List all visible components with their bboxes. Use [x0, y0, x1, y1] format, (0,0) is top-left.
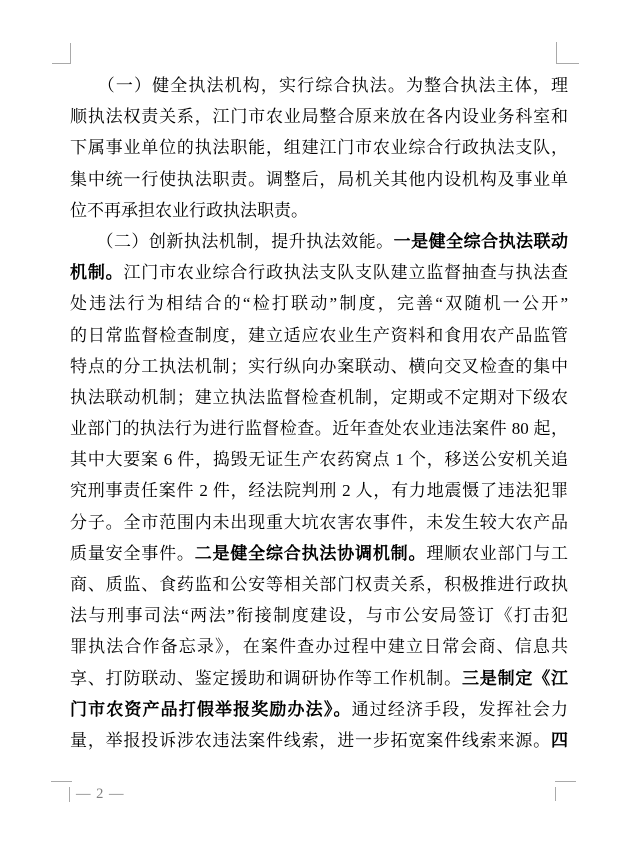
- text-line: 业部门的执法行为进行监督检查。近年查处农业违法案件 80 起，: [70, 413, 568, 444]
- crop-mark-bottom-left-horizontal: [51, 781, 72, 782]
- text-run: 江门市农业综合行政执法支队支队建立监督抽查与执法查: [123, 263, 568, 282]
- text-run: 商、质监、食药监和公安等相关部门权责关系，积极推进行政执: [70, 575, 568, 594]
- text-line: 量，举报投诉涉农违法案件线索，进一步拓宽案件线索来源。四: [70, 725, 568, 756]
- text-line: 集中统一行使执法职责。调整后，局机关其他内设机构及事业单: [70, 164, 568, 195]
- bold-text-run: 门市农资产品打假举报奖励办法》。: [70, 700, 352, 719]
- crop-mark-bottom-right-horizontal: [555, 781, 576, 782]
- text-run: 享、打防联动、鉴定援助和调研协作等工作机制。: [70, 669, 462, 688]
- text-run: 质量安全事件。: [70, 544, 195, 563]
- text-line: 机制。江门市农业综合行政执法支队支队建立监督抽查与执法查: [70, 257, 568, 288]
- text-line: 罪执法合作备忘录》，在案件查办过程中建立日常会商、信息共: [70, 631, 568, 662]
- text-line: （一）健全执法机构，实行综合执法。为整合执法主体，理: [70, 70, 568, 101]
- text-line: 究刑事责任案件 2 件，经法院判刑 2 人，有力地震慑了违法犯罪: [70, 475, 568, 506]
- crop-mark-bottom-right-vertical: [555, 787, 556, 801]
- text-line: 位不再承担农业行政执法职责。: [70, 195, 568, 226]
- text-run: 的日常监督检查制度，建立适应农业生产资料和食用农产品监管: [70, 326, 568, 345]
- crop-mark-bottom-left-vertical: [69, 787, 70, 802]
- text-line: （二）创新执法机制，提升执法效能。一是健全综合执法联动: [70, 226, 568, 257]
- text-run: 位不再承担农业行政执法职责。: [70, 201, 308, 220]
- text-run: 执法联动机制；建立执法监督检查机制，定期或不定期对下级农: [70, 388, 568, 407]
- text-line: 执法联动机制；建立执法监督检查机制，定期或不定期对下级农: [70, 382, 568, 413]
- bold-text-run: 一是健全综合执法联动: [394, 232, 568, 251]
- text-line: 享、打防联动、鉴定援助和调研协作等工作机制。三是制定《江: [70, 663, 568, 694]
- bold-text-run: 二是健全综合执法协调机制。: [195, 544, 427, 563]
- crop-mark-top-left: [52, 43, 71, 64]
- crop-mark-top-right: [556, 42, 579, 64]
- text-line: 特点的分工执法机制；实行纵向办案联动、横向交叉检查的集中: [70, 351, 568, 382]
- text-run: 法与刑事司法“两法”衔接制度建设，与市公安局签订《打击犯: [70, 606, 568, 625]
- text-run: 下属事业单位的执法职能，组建江门市农业综合行政执法支队，: [70, 138, 568, 157]
- text-line: 商、质监、食药监和公安等相关部门权责关系，积极推进行政执: [70, 569, 568, 600]
- bold-text-run: 机制。: [70, 263, 123, 282]
- text-line: 质量安全事件。二是健全综合执法协调机制。理顺农业部门与工: [70, 538, 568, 569]
- text-line: 处违法行为相结合的“检打联动”制度，完善“双随机一公开”: [70, 288, 568, 319]
- text-line: 下属事业单位的执法职能，组建江门市农业综合行政执法支队，: [70, 132, 568, 163]
- bold-text-run: 三是制定《江: [462, 669, 568, 688]
- document-page: { "page": { "background_color": "#ffffff…: [0, 0, 625, 858]
- text-run: 其中大要案 6 件，捣毁无证生产农药窝点 1 个，移送公安机关追: [70, 450, 568, 469]
- text-run: 特点的分工执法机制；实行纵向办案联动、横向交叉检查的集中: [70, 357, 568, 376]
- text-line: 的日常监督检查制度，建立适应农业生产资料和食用农产品监管: [70, 320, 568, 351]
- page-number: — 2 —: [76, 785, 125, 803]
- text-run: 顺执法权责关系，江门市农业局整合原来放在各内设业务科室和: [70, 107, 568, 126]
- text-line: 顺执法权责关系，江门市农业局整合原来放在各内设业务科室和: [70, 101, 568, 132]
- text-run: 通过经济手段，发挥社会力: [352, 700, 568, 719]
- text-run: 集中统一行使执法职责。调整后，局机关其他内设机构及事业单: [70, 170, 568, 189]
- bold-text-run: 四: [551, 731, 568, 750]
- text-run: 罪执法合作备忘录》，在案件查办过程中建立日常会商、信息共: [70, 637, 568, 656]
- text-run: （二）创新执法机制，提升执法效能。: [70, 232, 394, 251]
- text-line: 门市农资产品打假举报奖励办法》。通过经济手段，发挥社会力: [70, 694, 568, 725]
- text-line: 分子。全市范围内未出现重大坑农害农事件，未发生较大农产品: [70, 507, 568, 538]
- text-line: 法与刑事司法“两法”衔接制度建设，与市公安局签订《打击犯: [70, 600, 568, 631]
- text-run: 处违法行为相结合的“检打联动”制度，完善“双随机一公开”: [70, 294, 568, 313]
- text-run: 究刑事责任案件 2 件，经法院判刑 2 人，有力地震慑了违法犯罪: [70, 481, 568, 500]
- document-lines: （一）健全执法机构，实行综合执法。为整合执法主体，理顺执法权责关系，江门市农业局…: [70, 70, 568, 756]
- text-run: 分子。全市范围内未出现重大坑农害农事件，未发生较大农产品: [70, 513, 568, 532]
- text-run: 业部门的执法行为进行监督检查。近年查处农业违法案件 80 起，: [70, 419, 568, 438]
- text-line: 其中大要案 6 件，捣毁无证生产农药窝点 1 个，移送公安机关追: [70, 444, 568, 475]
- text-run: （一）健全执法机构，实行综合执法。为整合执法主体，理: [70, 76, 568, 95]
- text-run: 量，举报投诉涉农违法案件线索，进一步拓宽案件线索来源。: [70, 731, 551, 750]
- text-run: 理顺农业部门与工: [426, 544, 568, 563]
